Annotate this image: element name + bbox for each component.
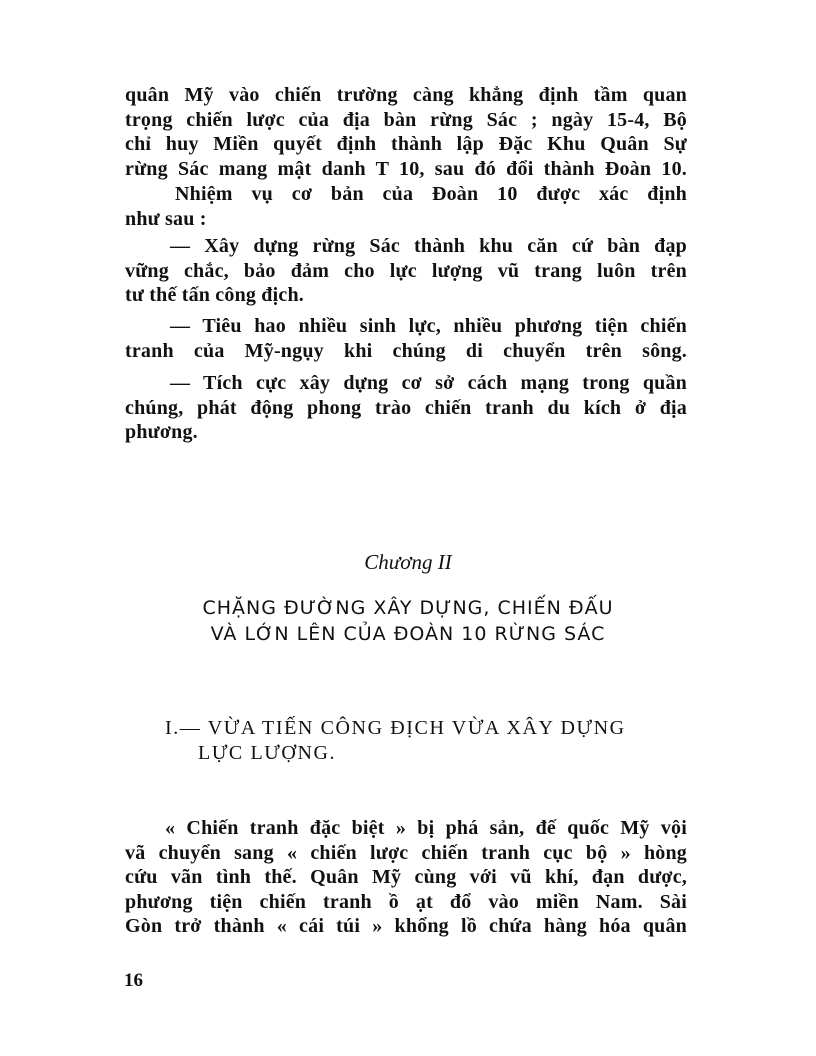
text-line: — Tích cực xây dựng cơ sở cách mạng tron… [125,371,687,396]
page-number: 16 [124,970,143,992]
text-line: vã chuyển sang « chiến lược chiến tranh … [125,841,687,866]
text-line: phương. [125,420,687,445]
text-line: cứu vãn tình thế. Quân Mỹ cùng với vũ kh… [125,865,687,890]
chapter-label: Chương II [0,550,816,575]
mission-intro: Nhiệm vụ cơ bản của Đoàn 10 được xác địn… [125,182,687,231]
text-line: Gòn trở thành « cái túi » khổng lồ chứa … [125,914,687,939]
mission-item-3: — Tích cực xây dựng cơ sở cách mạng tron… [125,371,687,445]
text-line: — Tiêu hao nhiều sinh lực, nhiều phương … [125,314,687,339]
text-line: phương tiện chiến tranh ồ ạt đổ vào miền… [125,890,687,915]
text-line: tư thế tấn công địch. [125,283,687,308]
text-line: — Xây dựng rừng Sác thành khu căn cứ bàn… [125,234,687,259]
chapter-title-line: VÀ LỚN LÊN CỦA ĐOÀN 10 RỪNG SÁC [0,621,816,647]
text-line: trọng chiến lược của địa bàn rừng Sác ; … [125,108,687,133]
book-page: quân Mỹ vào chiến trường càng khẳng định… [0,0,816,1056]
text-line: như sau : [125,207,687,232]
section-heading: I.— VỪA TIẾN CÔNG ĐỊCH VỪA XÂY DỰNG LỰC … [165,716,690,766]
text-line: tranh của Mỹ-ngụy khi chúng di chuyển tr… [125,339,687,364]
text-line: chúng, phát động phong trào chiến tranh … [125,396,687,421]
mission-item-1: — Xây dựng rừng Sác thành khu căn cứ bàn… [125,234,687,308]
section-heading-line: I.— VỪA TIẾN CÔNG ĐỊCH VỪA XÂY DỰNG [165,716,690,741]
chapter-title-line: CHẶNG ĐƯỜNG XÂY DỰNG, CHIẾN ĐẤU [0,595,816,621]
paragraph-top: quân Mỹ vào chiến trường càng khẳng định… [125,83,687,181]
mission-item-2: — Tiêu hao nhiều sinh lực, nhiều phương … [125,314,687,363]
section-heading-line: LỰC LƯỢNG. [165,741,690,766]
text-line: rừng Sác mang mật danh T 10, sau đó đổi … [125,157,687,182]
text-line: « Chiến tranh đặc biệt » bị phá sản, đế … [125,816,687,841]
text-line: vững chắc, bảo đảm cho lực lượng vũ tran… [125,259,687,284]
paragraph-bottom: « Chiến tranh đặc biệt » bị phá sản, đế … [125,816,687,939]
text-line: Nhiệm vụ cơ bản của Đoàn 10 được xác địn… [125,182,687,207]
chapter-title: CHẶNG ĐƯỜNG XÂY DỰNG, CHIẾN ĐẤU VÀ LỚN L… [0,595,816,647]
text-line: quân Mỹ vào chiến trường càng khẳng định… [125,83,687,108]
text-line: chỉ huy Miền quyết định thành lập Đặc Kh… [125,132,687,157]
